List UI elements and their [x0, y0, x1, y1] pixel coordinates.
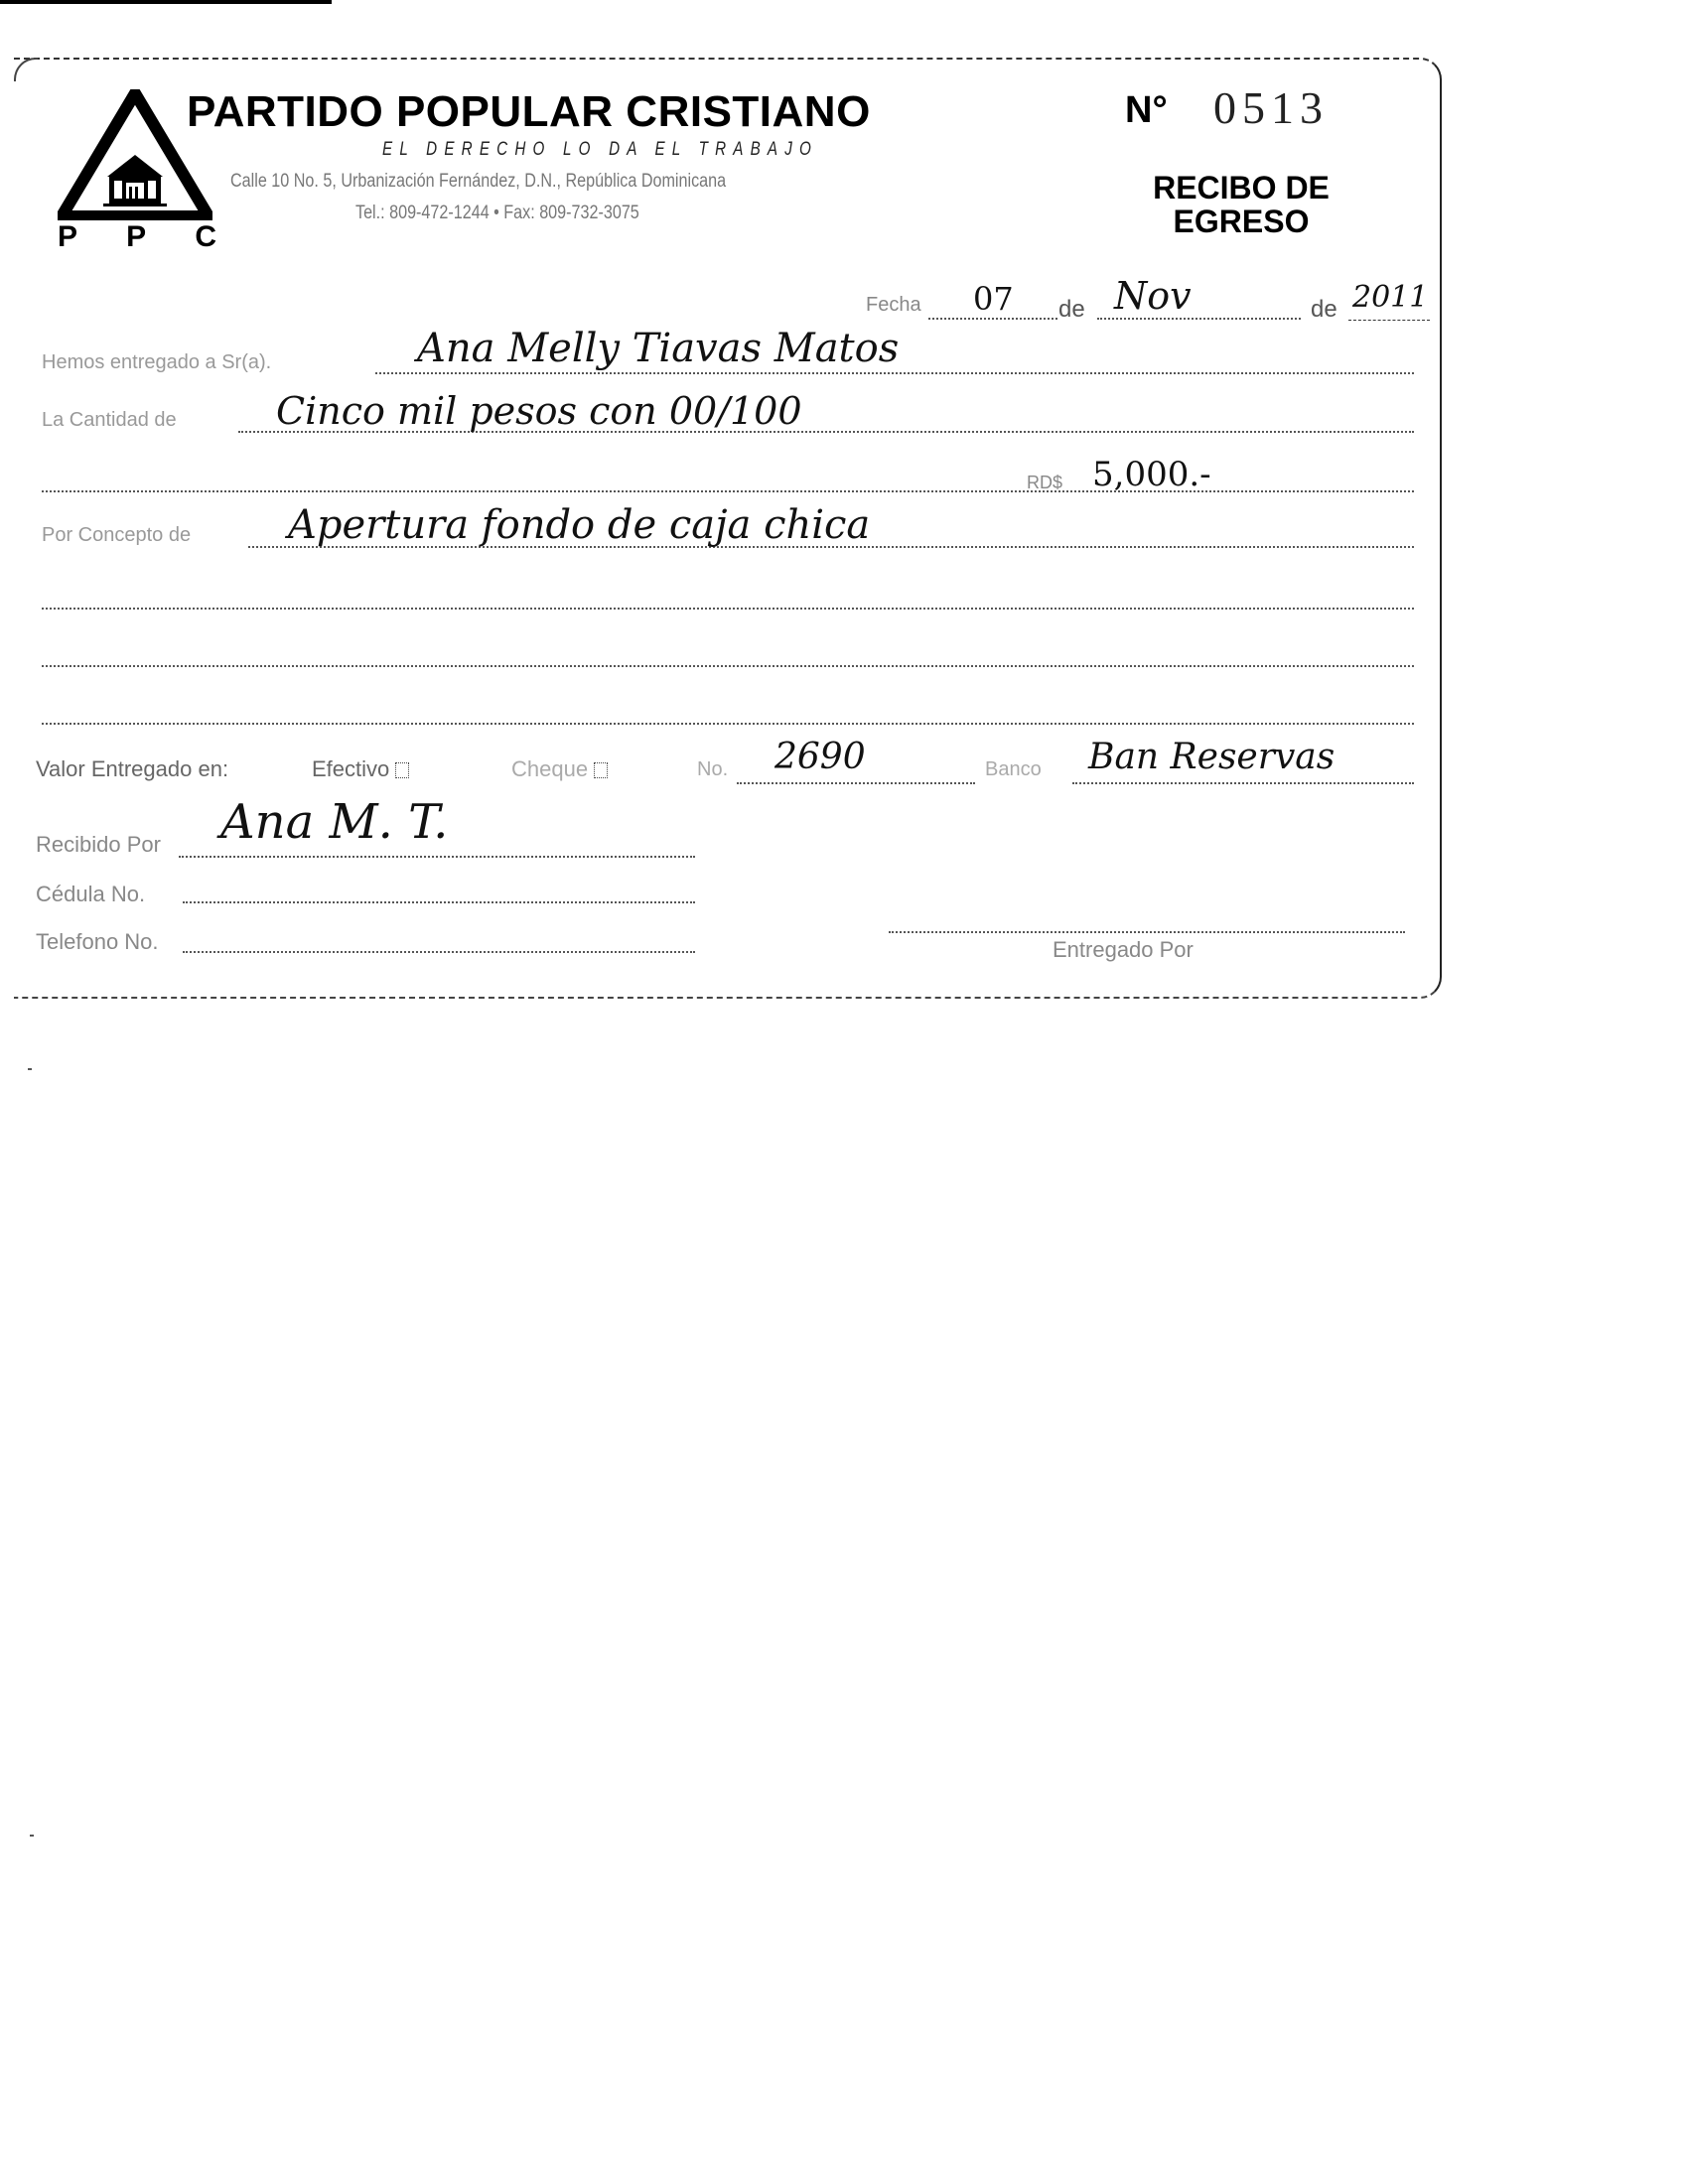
cantidad-label: La Cantidad de [42, 409, 177, 432]
banco-label: Banco [985, 758, 1042, 781]
valor-entregado-label: Valor Entregado en: [36, 756, 228, 782]
cheque-option[interactable]: Cheque [511, 756, 608, 782]
document-type: RECIBO DE EGRESO [1112, 171, 1370, 238]
fecha-month-line [1097, 318, 1301, 320]
fecha-year-line [1348, 320, 1430, 321]
concepto-line-4 [42, 723, 1414, 725]
cheque-checkbox[interactable] [594, 762, 608, 778]
cedula-line [183, 901, 695, 903]
logo-initials: P P C [58, 220, 216, 254]
document-type-line1: RECIBO DE [1112, 171, 1370, 205]
banco-value[interactable]: Ban Reservas [1088, 737, 1335, 777]
fecha-month-value[interactable]: Nov [1114, 274, 1192, 318]
scan-artifact-bar [0, 0, 332, 4]
fecha-day-line [928, 318, 1057, 320]
telefono-line [183, 951, 695, 953]
efectivo-checkbox[interactable] [395, 762, 409, 778]
fecha-year-value[interactable]: 2011 [1352, 280, 1428, 315]
recibido-por-line [179, 856, 695, 858]
concepto-value[interactable]: Apertura fondo de caja chica [288, 502, 870, 548]
scan-speck [30, 1835, 34, 1837]
concepto-line-2 [42, 608, 1414, 610]
de-label-2: de [1311, 296, 1337, 324]
logo-initial-2: P [126, 220, 146, 254]
cedula-label: Cédula No. [36, 882, 145, 907]
cantidad-value[interactable]: Cinco mil pesos con 00/100 [276, 389, 802, 433]
logo-initial-1: P [58, 220, 77, 254]
no-value[interactable]: 2690 [774, 737, 866, 777]
rds-label: RD$ [1027, 473, 1062, 493]
concepto-line-3 [42, 665, 1414, 667]
rds-value[interactable]: 5,000.- [1092, 455, 1211, 494]
organization-address: Calle 10 No. 5, Urbanización Fernández, … [230, 171, 726, 193]
fecha-label: Fecha [866, 294, 921, 317]
entregado-a-label: Hemos entregado a Sr(a). [42, 351, 271, 374]
organization-contact: Tel.: 809-472-1244 • Fax: 809-732-3075 [355, 203, 639, 224]
efectivo-option[interactable]: Efectivo [312, 756, 409, 782]
cheque-label: Cheque [511, 756, 588, 781]
recibido-por-signature[interactable]: Ana M. T. [220, 794, 448, 850]
entregado-por-line [889, 931, 1405, 933]
no-line [737, 782, 975, 784]
entregado-por-label: Entregado Por [1053, 937, 1194, 963]
document-type-line2: EGRESO [1112, 205, 1370, 238]
organization-slogan: EL DERECHO LO DA EL TRABAJO [382, 139, 818, 161]
telefono-label: Telefono No. [36, 929, 159, 955]
concepto-label: Por Concepto de [42, 524, 191, 547]
receipt-number-label: N° [1125, 89, 1168, 132]
organization-name: PARTIDO POPULAR CRISTIANO [187, 87, 871, 137]
de-label-1: de [1058, 296, 1085, 324]
receipt-number: 0513 [1213, 81, 1329, 134]
efectivo-label: Efectivo [312, 756, 389, 781]
fecha-day-value[interactable]: 07 [973, 280, 1014, 318]
banco-line [1072, 782, 1414, 784]
entregado-a-value[interactable]: Ana Melly Tiavas Matos [417, 326, 899, 371]
scan-speck [28, 1068, 32, 1070]
recibido-por-label: Recibido Por [36, 832, 161, 858]
logo-initial-3: C [195, 220, 216, 254]
entregado-a-line [375, 372, 1414, 374]
no-label: No. [697, 758, 728, 781]
